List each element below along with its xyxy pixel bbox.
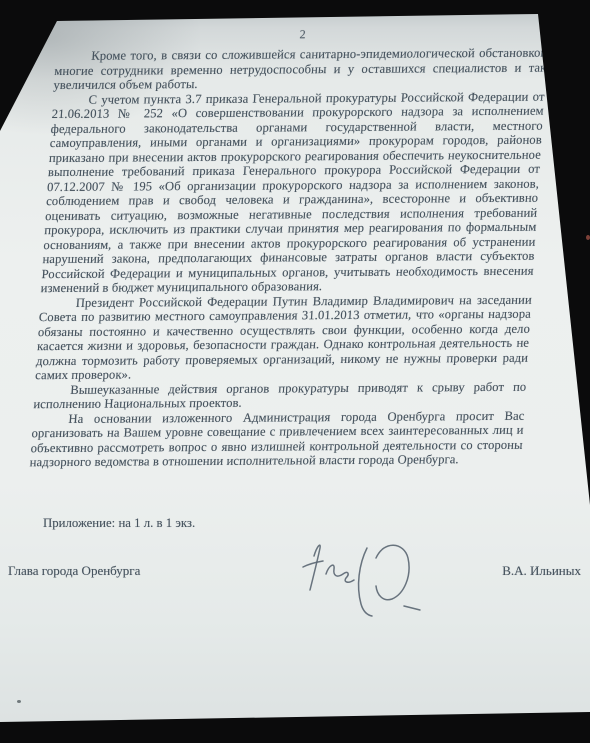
page-number: 2 — [56, 27, 549, 43]
paragraph: Президент Российской Федерации Путин Вла… — [35, 292, 532, 382]
paragraph: Кроме того, в связи со сложившейся санит… — [53, 46, 548, 93]
attachment-line: Приложение: на 1 л. в 1 экз. — [43, 516, 195, 531]
document-page: 2 Кроме того, в связи со сложившейся сан… — [0, 0, 590, 743]
signature-name: В.А. Ильиных — [502, 563, 581, 579]
handwritten-signature — [290, 534, 430, 634]
paragraph: Вышеуказанные действия органов прокурату… — [33, 379, 527, 411]
signature-title: Глава города Оренбурга — [8, 563, 140, 579]
document-content: 2 Кроме того, в связи со сложившейся сан… — [29, 27, 549, 470]
photo-background: 2 Кроме того, в связи со сложившейся сан… — [0, 0, 590, 743]
red-speck — [586, 235, 590, 240]
paragraph: С учетом пункта 3.7 приказа Генеральной … — [40, 89, 545, 296]
paragraph: На основании изложенного Администрация г… — [29, 408, 525, 469]
paper-speck — [17, 700, 21, 703]
document-body: Кроме того, в связи со сложившейся санит… — [29, 46, 547, 470]
